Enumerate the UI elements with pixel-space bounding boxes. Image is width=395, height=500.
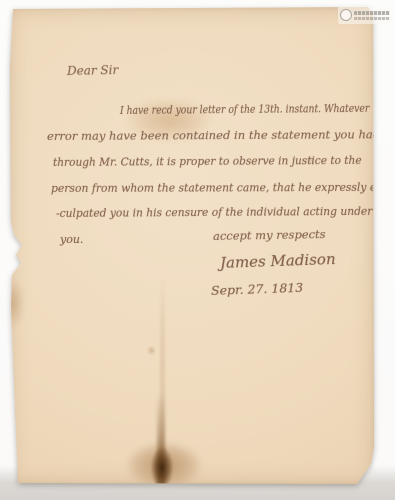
letter-body-line: error may have been contained in the sta… (47, 128, 380, 143)
stain-flare (126, 442, 202, 484)
paper-surface: Dear Sir I have recd your letter of the … (8, 7, 375, 485)
letter-body-line: through Mr. Cutts, it is proper to obser… (53, 154, 362, 169)
letter-body-line: you. (60, 233, 83, 246)
letter-salutation: Dear Sir (67, 63, 119, 78)
letter-body-line: -culpated you in his censure of the indi… (56, 205, 372, 220)
letter-paper: Dear Sir I have recd your letter of the … (8, 7, 375, 485)
watermark-logo-icon (340, 9, 352, 21)
letter-date: Sepr. 27. 1813 (211, 280, 304, 298)
scanned-letter-page: Dear Sir I have recd your letter of the … (0, 0, 395, 500)
letter-signature: James Madison (220, 250, 336, 272)
watermark (338, 6, 392, 24)
fold-crease (161, 275, 164, 487)
foxing-speck (148, 347, 155, 354)
stain-streak (157, 392, 165, 485)
watermark-text-lines (354, 11, 390, 20)
letter-body-line: person from whom the statement came, tha… (51, 181, 386, 195)
letter-closing: accept my respects (213, 227, 326, 243)
edge-stain (8, 279, 24, 327)
letter-body-line: I have recd your letter of the 13th. ins… (120, 102, 369, 117)
stain-spot (151, 447, 173, 485)
